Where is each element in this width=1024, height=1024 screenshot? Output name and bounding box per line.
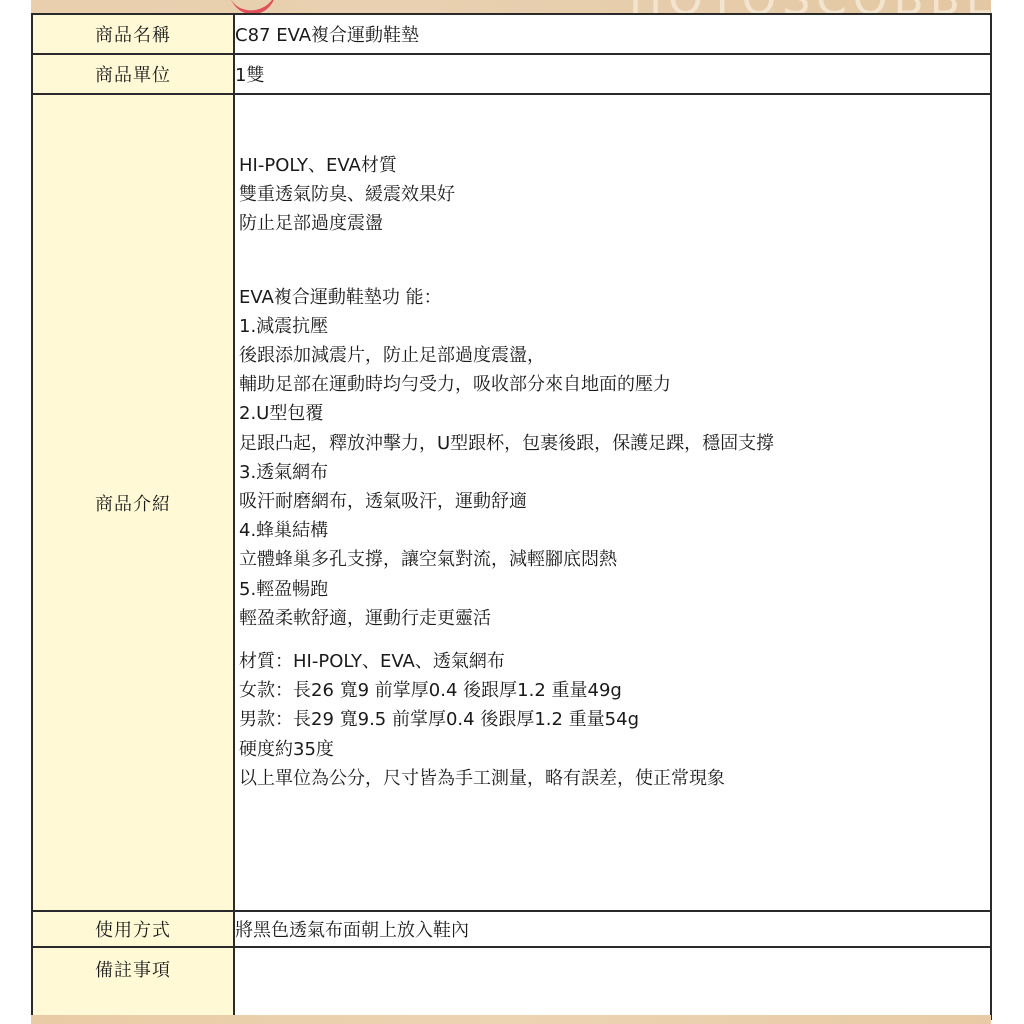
spec-line: 材質：HI-POLY、EVA、透氣網布 — [239, 647, 990, 676]
label-product-unit: 商品單位 — [32, 54, 234, 94]
row-notes: 備註事項 — [32, 947, 991, 1019]
feature-line: 5.輕盈暢跑 — [239, 575, 990, 604]
row-product-unit: 商品單位 1雙 — [32, 54, 991, 94]
row-product-name: 商品名稱 C87 EVA複合運動鞋墊 — [32, 14, 991, 54]
logo-swoosh-icon — [228, 0, 280, 14]
value-notes — [234, 947, 991, 1019]
intro-line: 雙重透氣防臭、緩震效果好 — [239, 180, 990, 209]
spec-line: 以上單位為公分，尺寸皆為手工測量，略有誤差，使正常現象 — [239, 764, 990, 793]
feature-line: 3.透氣網布 — [239, 458, 990, 487]
feature-line: 吸汗耐磨網布，透氣吸汗，運動舒適 — [239, 487, 990, 516]
label-notes: 備註事項 — [32, 947, 234, 1019]
footer-banner — [31, 1015, 991, 1024]
product-name-text: C87 EVA複合運動鞋墊 — [235, 25, 419, 46]
intro-line: 防止足部過度震盪 — [239, 209, 990, 238]
feature-line: 後跟添加減震片，防止足部過度震盪， — [239, 341, 990, 370]
feature-line: 4.蜂巢結構 — [239, 516, 990, 545]
product-unit-text: 1雙 — [235, 65, 264, 86]
feature-line: 輕盈柔軟舒適，運動行走更靈活 — [239, 604, 990, 633]
feature-line: 1.減震抗壓 — [239, 312, 990, 341]
label-product-name: 商品名稱 — [32, 14, 234, 54]
value-product-description: HI-POLY、EVA材質 雙重透氣防臭、緩震效果好 防止足部過度震盪 EVA複… — [234, 94, 991, 911]
spec-line: 女款：長26 寬9 前掌厚0.4 後跟厚1.2 重量49g — [239, 676, 990, 705]
feature-line: 輔助足部在運動時均勻受力，吸收部分來自地面的壓力 — [239, 370, 990, 399]
features-title: EVA複合運動鞋墊功 能： — [239, 283, 990, 312]
spacer — [239, 239, 990, 283]
value-product-name: C87 EVA複合運動鞋墊 — [234, 14, 991, 54]
feature-line: 2.U型包覆 — [239, 399, 990, 428]
brand-watermark: HOTOSCOBBLER — [629, 0, 991, 14]
header-banner: HOTOSCOBBLER — [31, 0, 991, 14]
description-body: HI-POLY、EVA材質 雙重透氣防臭、緩震效果好 防止足部過度震盪 EVA複… — [235, 95, 990, 793]
intro-line: HI-POLY、EVA材質 — [239, 151, 990, 180]
label-usage: 使用方式 — [32, 911, 234, 947]
spec-line: 男款：長29 寬9.5 前掌厚0.4 後跟厚1.2 重量54g — [239, 705, 990, 734]
row-product-description: 商品介紹 HI-POLY、EVA材質 雙重透氣防臭、緩震效果好 防止足部過度震盪… — [32, 94, 991, 911]
feature-line: 立體蜂巢多孔支撐，讓空氣對流，減輕腳底悶熱 — [239, 545, 990, 574]
value-product-unit: 1雙 — [234, 54, 991, 94]
feature-line: 足跟凸起，釋放沖擊力，U型跟杯，包裹後跟，保護足踝，穩固支撐 — [239, 429, 990, 458]
row-usage: 使用方式 將黑色透氣布面朝上放入鞋內 — [32, 911, 991, 947]
usage-text: 將黑色透氣布面朝上放入鞋內 — [235, 920, 469, 941]
spec-line: 硬度約35度 — [239, 735, 990, 764]
spacer — [239, 633, 990, 647]
product-spec-table: 商品名稱 C87 EVA複合運動鞋墊 商品單位 1雙 商品介紹 HI-POLY、… — [31, 13, 992, 1020]
label-product-description: 商品介紹 — [32, 94, 234, 911]
value-usage: 將黑色透氣布面朝上放入鞋內 — [234, 911, 991, 947]
